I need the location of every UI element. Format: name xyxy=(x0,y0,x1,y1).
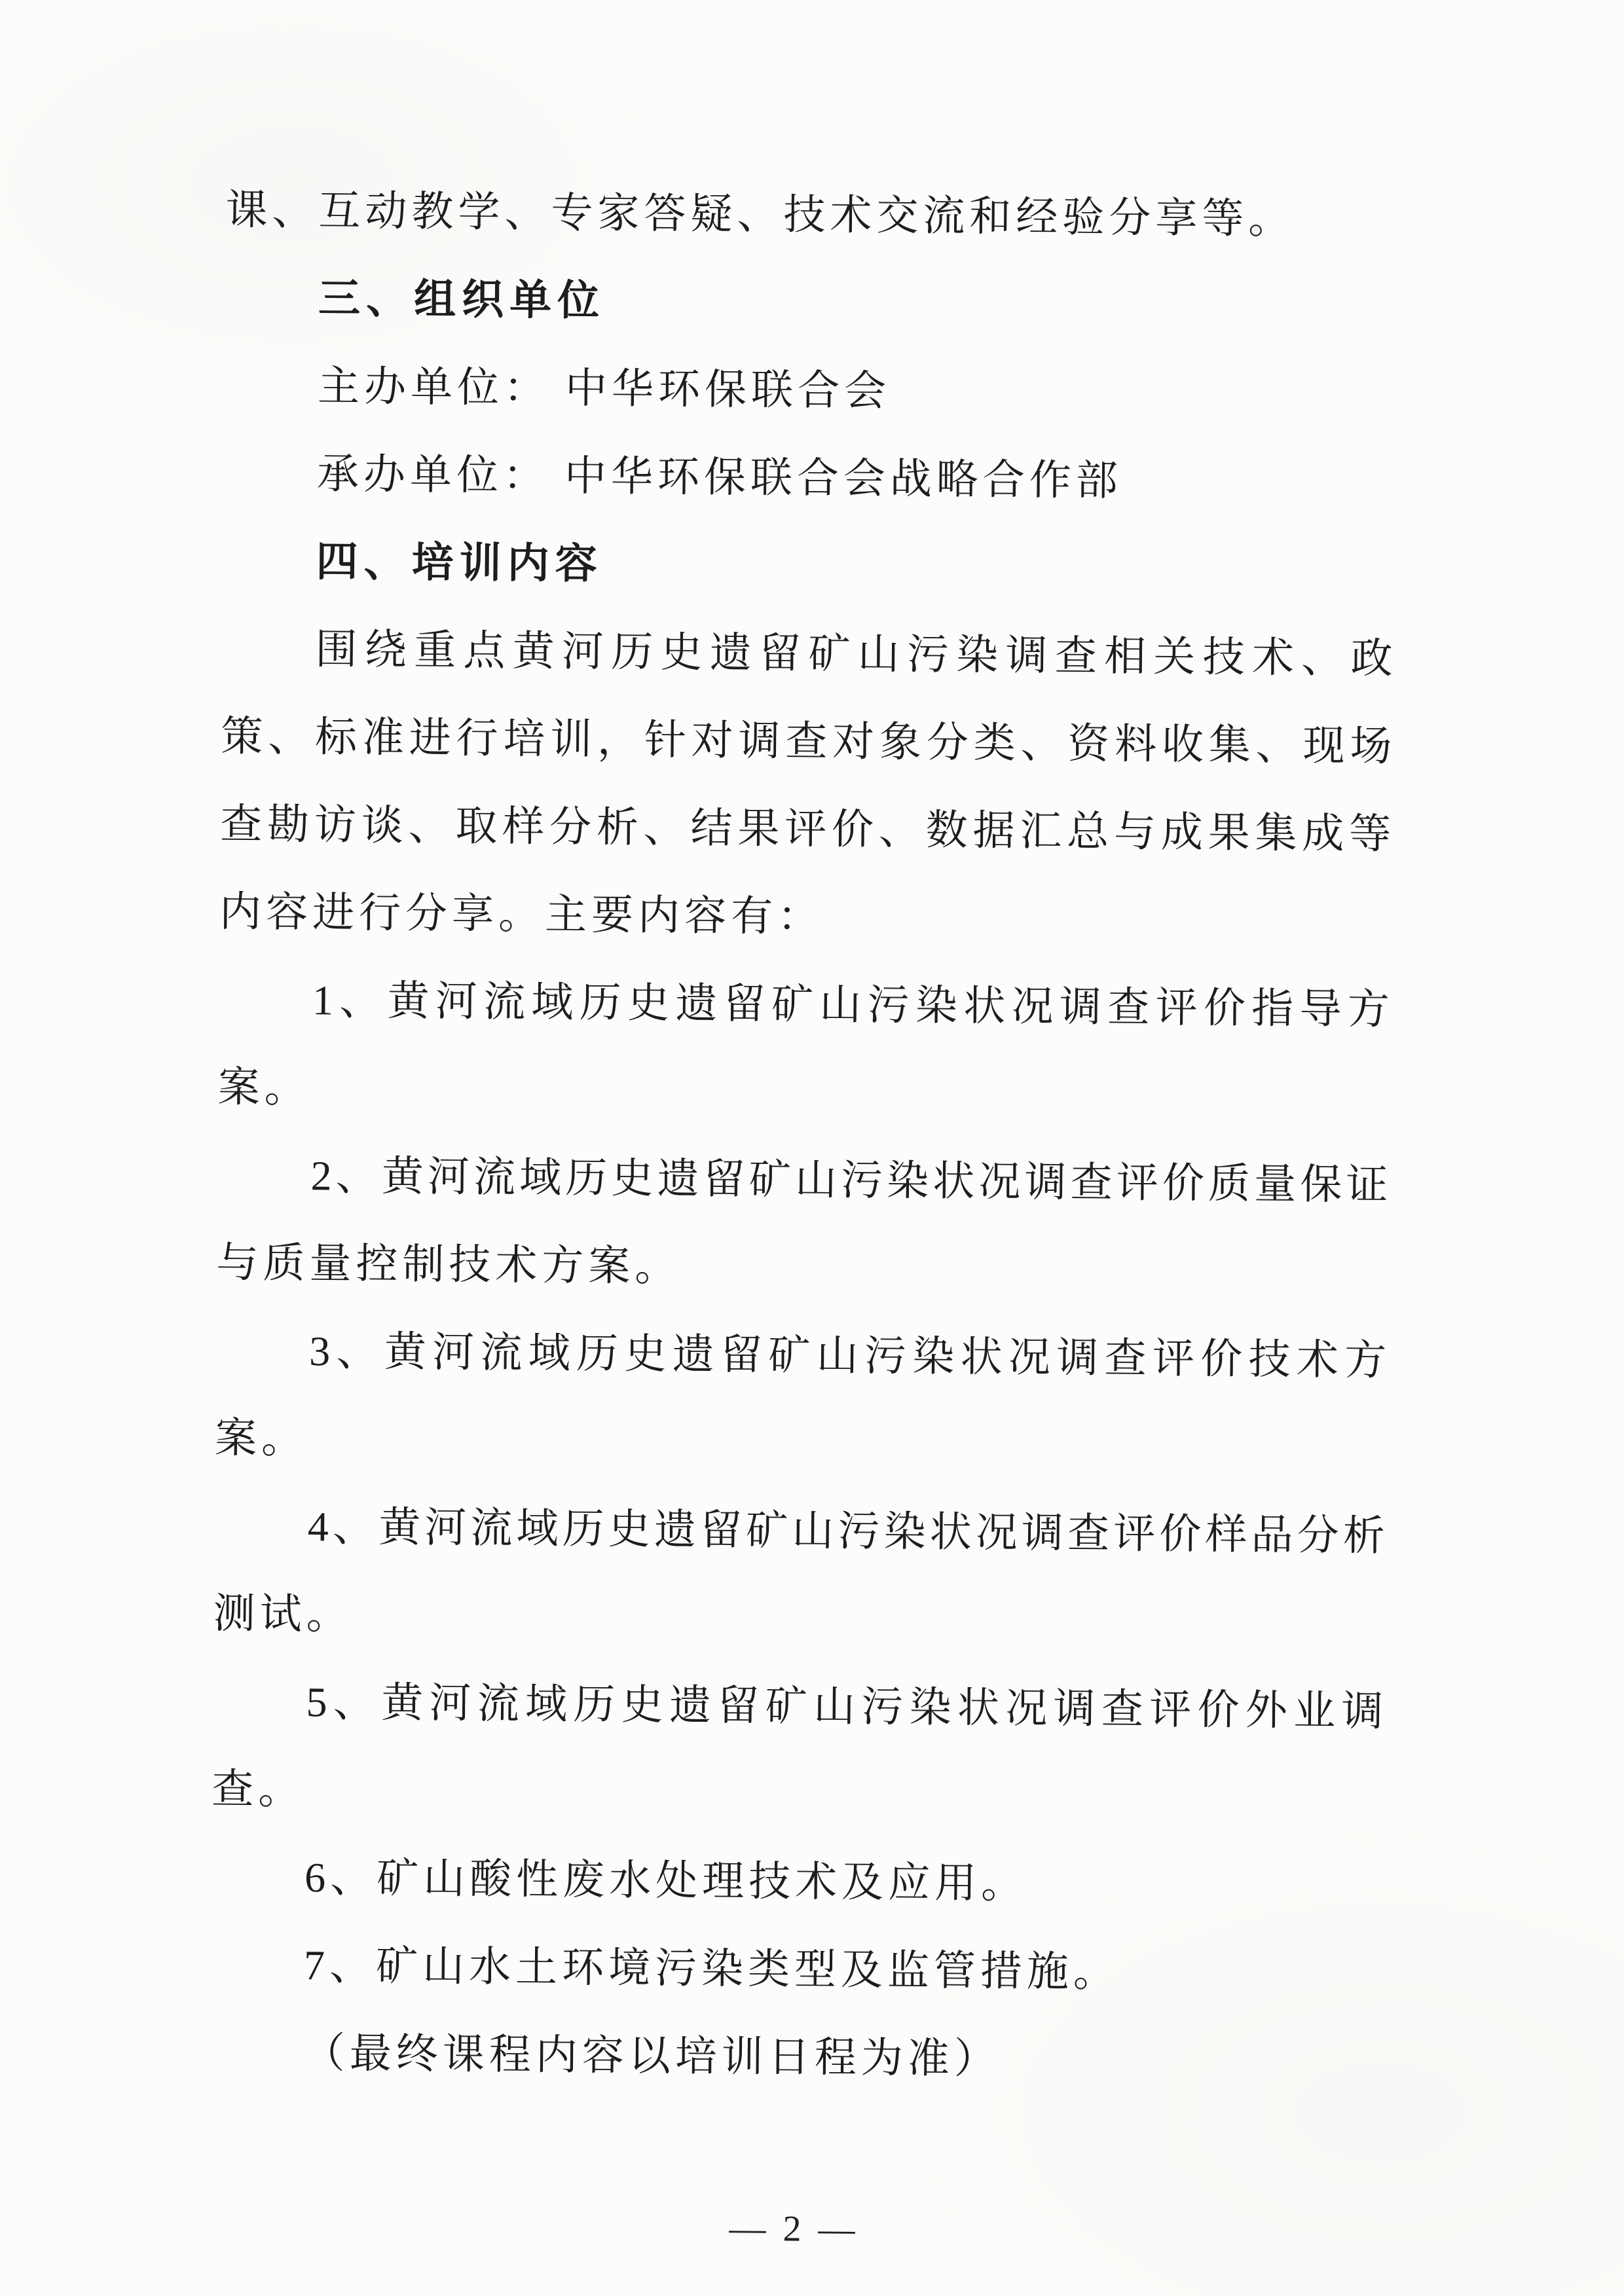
schedule-note: （最终课程内容以培训日程为准） xyxy=(209,2009,1382,2107)
list-item-5-continuation: 查。 xyxy=(212,1745,1384,1844)
doc-line: 课、互动教学、专家答疑、技术交流和经验分享等。 xyxy=(225,166,1398,264)
list-item-4: 4、黄河流域历史遗留矿山污染状况调查评价样品分析 xyxy=(213,1482,1386,1580)
list-item-5: 5、黄河流域历史遗留矿山污染状况调查评价外业调 xyxy=(212,1658,1385,1756)
doc-line: 围绕重点黄河历史遗留矿山污染调查相关技术、政 xyxy=(221,605,1394,703)
organizer-unit-line: 承办单位： 中华环保联合会战略合作部 xyxy=(223,429,1395,528)
list-item-4-continuation: 测试。 xyxy=(213,1570,1386,1668)
list-item-2-continuation: 与质量控制技术方案。 xyxy=(216,1219,1389,1317)
doc-line: 内容进行分享。主要内容有： xyxy=(219,868,1392,966)
document-text-block: 课、互动教学、专家答疑、技术交流和经验分享等。 三、组织单位 主办单位： 中华环… xyxy=(208,166,1398,2253)
list-item-6: 6、矿山酸性废水处理技术及应用。 xyxy=(211,1833,1384,1931)
section-heading-4: 四、培训内容 xyxy=(222,517,1395,615)
page-number: — 2 — xyxy=(208,2204,1380,2254)
doc-line: 查勘访谈、取样分析、结果评价、数据汇总与成果集成等 xyxy=(220,780,1393,879)
section-heading-3: 三、组织单位 xyxy=(225,254,1397,352)
list-item-3: 3、黄河流域历史遗留矿山污染状况调查评价技术方 xyxy=(215,1307,1388,1405)
list-item-3-continuation: 案。 xyxy=(214,1394,1387,1493)
host-unit-line: 主办单位： 中华环保联合会 xyxy=(223,342,1396,440)
list-item-7: 7、矿山水土环境污染类型及监管措施。 xyxy=(210,1921,1382,2019)
document-page: 课、互动教学、专家答疑、技术交流和经验分享等。 三、组织单位 主办单位： 中华环… xyxy=(0,0,1624,2296)
list-item-1: 1、黄河流域历史遗留矿山污染状况调查评价指导方 xyxy=(218,956,1391,1054)
list-item-1-continuation: 案。 xyxy=(217,1044,1390,1142)
list-item-2: 2、黄河流域历史遗留矿山污染状况调查评价质量保证 xyxy=(217,1131,1390,1230)
doc-line: 策、标准进行培训，针对调查对象分类、资料收集、现场 xyxy=(221,693,1393,791)
